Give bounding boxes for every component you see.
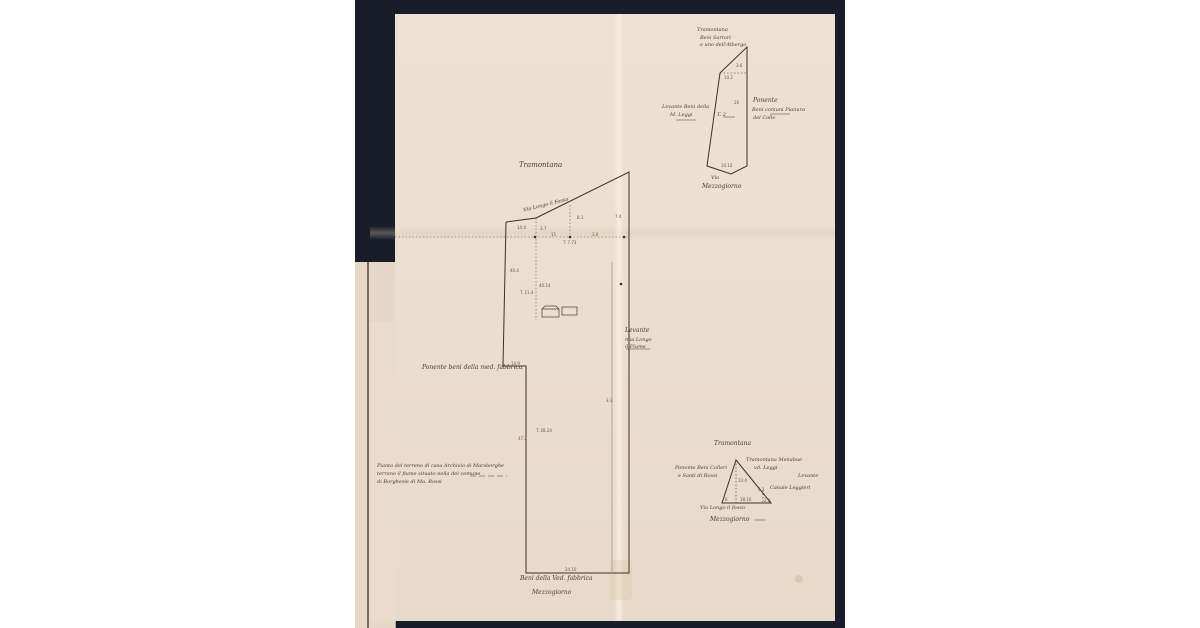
upper-measure-area: T. 2 bbox=[717, 113, 726, 118]
main-east-label-3: il Fiume bbox=[625, 345, 646, 350]
legend-note-line-2: terreno il fiume situato nella del comun… bbox=[377, 472, 480, 477]
main-east-label: Levante bbox=[625, 328, 649, 334]
triangle-northeast-label: Tramontana Menabue bbox=[746, 458, 802, 463]
triangle-west-label: Ponente Beni Colleri bbox=[675, 466, 727, 471]
main-north-label: Tramontana bbox=[519, 162, 562, 169]
triangle-measure-base: 18.10 bbox=[740, 497, 751, 502]
upper-measure-width: 10.2 bbox=[724, 75, 733, 80]
measure-top-left: 14.4 bbox=[517, 225, 526, 230]
triangle-measure-right-side: 8.2 bbox=[758, 487, 764, 492]
main-east-label-2: mia Longo bbox=[625, 338, 652, 343]
measure-area-lower: T. 28.24 bbox=[536, 428, 552, 433]
upper-south-label: Via bbox=[711, 176, 719, 181]
triangle-west-label-2: e Santi di Rossi bbox=[678, 474, 717, 479]
parcel-drawings bbox=[0, 0, 1200, 628]
upper-measure-side: 26 bbox=[734, 100, 739, 105]
upper-east-label: Ponente bbox=[753, 98, 778, 104]
upper-measure-corner: 3.6 bbox=[736, 63, 742, 68]
triangle-south-direction: Mezzogiorno bbox=[710, 517, 749, 523]
main-parcel-outline bbox=[503, 172, 629, 573]
upper-east-label-3: del Colle bbox=[753, 116, 775, 121]
main-south-direction: Mezzogiorno bbox=[532, 590, 571, 596]
triangle-northeast-label-2: vd. Leggi bbox=[754, 466, 777, 471]
measure-left-lower: 47.2 bbox=[518, 436, 527, 441]
measure-left-upper: 40.4 bbox=[510, 268, 519, 273]
triangle-measure-right-base: 2.8 bbox=[764, 498, 770, 503]
triangle-north-label: Tramontana bbox=[714, 441, 751, 447]
main-west-label: Ponente beni della med. fabbrica bbox=[422, 365, 522, 371]
measure-top-right: 7.4 bbox=[615, 214, 621, 219]
legend-note-line-1: Pianta del terreno di casa Archivio di M… bbox=[377, 464, 504, 469]
main-south-label: Beni della Ved. fabbrica bbox=[520, 576, 593, 582]
legend-note-line-3: di Borghesie di Ma. Rossi bbox=[377, 480, 442, 485]
upper-measure-bottom: 10.10 bbox=[721, 163, 732, 168]
triangle-measure-left: 6 bbox=[725, 497, 728, 502]
triangle-measure-height: 13.4 bbox=[738, 478, 747, 483]
measure-area-top: T. 7.73 bbox=[563, 240, 576, 245]
upper-west-label-2: M. Leggi bbox=[670, 113, 693, 118]
triangle-east-road: Canale Leggieri bbox=[770, 486, 810, 491]
upper-west-label: Levante Beni della bbox=[662, 105, 709, 110]
measure-top-mid: 3.7 bbox=[540, 226, 546, 231]
triangle-south-road: Via Longo il fosso bbox=[700, 506, 745, 511]
building-icons bbox=[542, 306, 577, 317]
upper-north-label-3: e uno dell'Albergo bbox=[700, 43, 746, 48]
upper-east-label-2: Beni comuni Pianura bbox=[752, 108, 805, 113]
upper-north-label-2: Beni Sartori bbox=[700, 36, 731, 41]
upper-north-label: Tramontana bbox=[697, 28, 728, 33]
measure-baseline-right: 3.6 bbox=[592, 232, 598, 237]
measure-baseline: 15 bbox=[551, 232, 556, 237]
measure-inner-upper: 40.14 bbox=[539, 283, 550, 288]
measure-right-side: 3.3 bbox=[606, 398, 612, 403]
measure-bottom: 24.10 bbox=[565, 567, 576, 572]
measure-top-center: 8.1 bbox=[577, 215, 583, 220]
measure-step: 14.9 bbox=[511, 361, 520, 366]
main-parcel-construction-lines bbox=[395, 205, 629, 320]
measure-area-mid: T. 11.4 bbox=[520, 290, 533, 295]
upper-south-label-2: Mezzogiorno bbox=[702, 184, 741, 190]
triangle-east-label: Levante bbox=[798, 474, 818, 479]
